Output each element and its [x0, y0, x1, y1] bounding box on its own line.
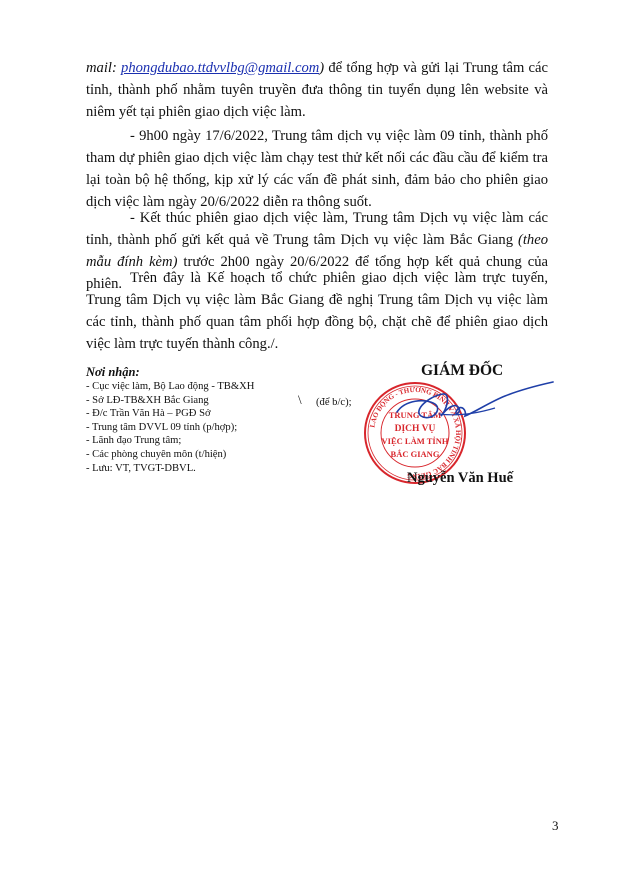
paragraph-test-run: - 9h00 ngày 17/6/2022, Trung tâm dịch vụ…	[86, 125, 548, 213]
results-text-1: - Kết thúc phiên giao dịch việc làm, Tru…	[86, 210, 548, 248]
mail-prefix: mail:	[86, 60, 121, 76]
document-page: mail: phongdubao.ttdvvlbg@gmail.com) để …	[0, 0, 620, 877]
handwritten-signature-icon	[395, 380, 555, 440]
recipient-item: - Đ/c Trần Văn Hà – PGĐ Sở	[86, 407, 254, 421]
signer-name: Nguyễn Văn Huế	[407, 470, 513, 487]
recipient-item: - Lưu: VT, TVGT-DBVL.	[86, 462, 254, 476]
recipient-item: - Sở LĐ-TB&XH Bắc Giang	[86, 394, 254, 408]
recipients-title: Nơi nhận:	[86, 365, 254, 380]
email-link[interactable]: phongdubao.ttdvvlbg@gmail.com	[121, 60, 319, 76]
recipients-block: Nơi nhận: - Cục việc làm, Bộ Lao động - …	[86, 365, 254, 475]
recipient-item: - Các phòng chuyên môn (t/hiện)	[86, 448, 254, 462]
paragraph-closing: Trên đây là Kế hoạch tổ chức phiên giao …	[86, 267, 548, 355]
page-number: 3	[552, 818, 559, 834]
bracket-mark: \	[298, 392, 302, 408]
recipient-item: - Lãnh đạo Trung tâm;	[86, 434, 254, 448]
report-note: (để b/c);	[316, 397, 352, 408]
paragraph-email: mail: phongdubao.ttdvvlbg@gmail.com) để …	[86, 57, 548, 123]
signer-title: GIÁM ĐỐC	[421, 362, 503, 380]
svg-text:BẮC GIANG: BẮC GIANG	[391, 449, 440, 459]
recipient-item: - Cục việc làm, Bộ Lao động - TB&XH	[86, 380, 254, 394]
recipient-item: - Trung tâm DVVL 09 tỉnh (p/hợp);	[86, 421, 254, 435]
